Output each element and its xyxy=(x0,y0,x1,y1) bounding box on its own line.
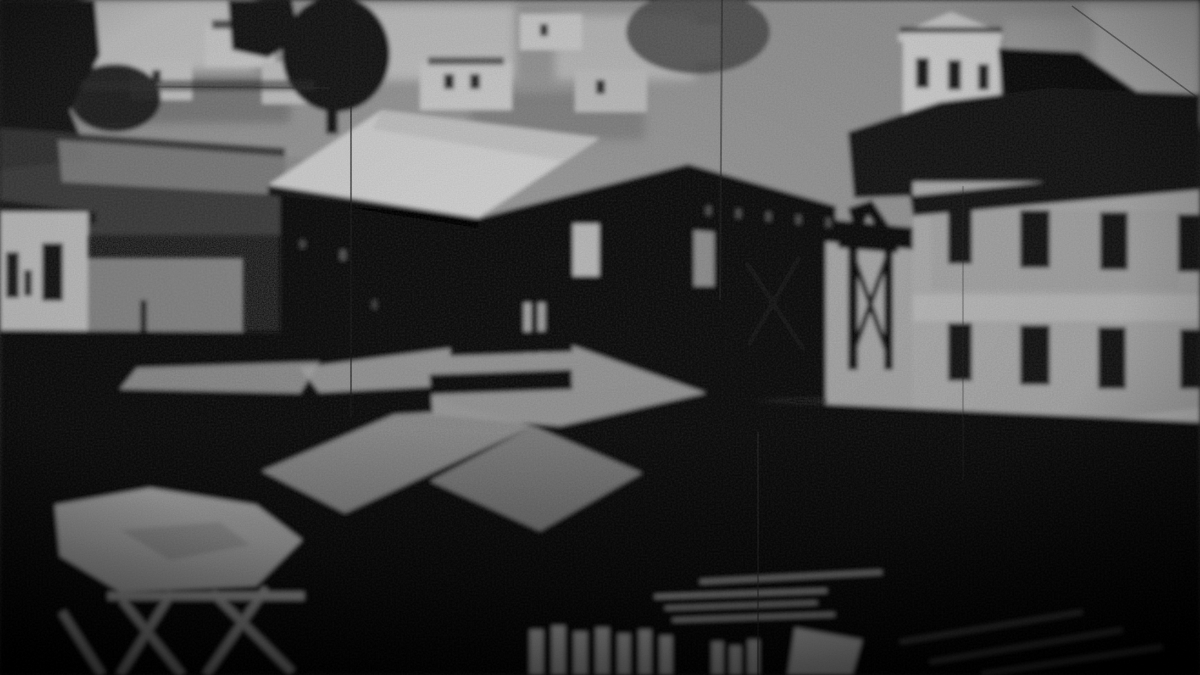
historic-photograph: A grainy, high-contrast black-and-white … xyxy=(0,0,1200,675)
photo-canvas xyxy=(0,0,1200,675)
bottom-fade xyxy=(0,430,1200,675)
